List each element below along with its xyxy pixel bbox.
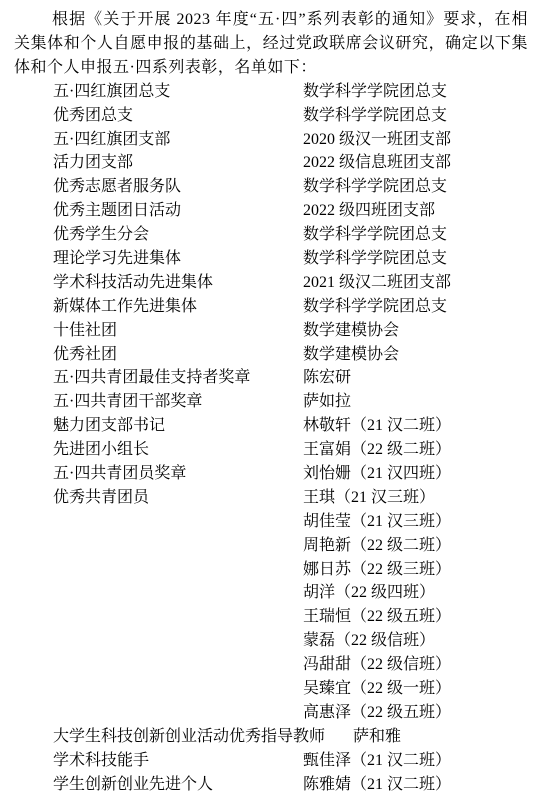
award-row: 学术科技活动先进集体 2021 级汉二班团支部 bbox=[14, 271, 528, 295]
award-row: 十佳社团 数学建模协会 bbox=[14, 319, 528, 343]
recipient-name: 数学科学学院团总支 bbox=[303, 80, 447, 104]
recipient-name: 王富娟（22 级二班） bbox=[303, 438, 451, 462]
award-row: 五·四共青团干部奖章 萨如拉 bbox=[14, 390, 528, 414]
award-title: 活力团支部 bbox=[53, 151, 303, 175]
award-title: 优秀主题团日活动 bbox=[53, 199, 303, 223]
award-title: 优秀团总支 bbox=[53, 104, 303, 128]
award-title: 五·四共青团干部奖章 bbox=[53, 390, 303, 414]
recipient-name: 2021 级汉二班团支部 bbox=[303, 271, 451, 295]
recipient-name: 陈宏研 bbox=[303, 366, 351, 390]
award-row: 五·四红旗团总支 数学科学学院团总支 bbox=[14, 80, 528, 104]
award-row: 优秀团总支 数学科学学院团总支 bbox=[14, 104, 528, 128]
award-row: 优秀学生分会 数学科学学院团总支 bbox=[14, 223, 528, 247]
recipient-name: 高惠泽（22 级五班） bbox=[303, 701, 451, 725]
award-title: 优秀学生分会 bbox=[53, 223, 303, 247]
recipient-name: 数学建模协会 bbox=[303, 319, 399, 343]
award-title: 优秀共青团员 bbox=[53, 486, 303, 510]
award-row: 优秀社团 数学建模协会 bbox=[14, 343, 528, 367]
recipient-name: 数学科学学院团总支 bbox=[303, 295, 447, 319]
award-row: 胡佳莹（21 汉三班） bbox=[14, 510, 528, 534]
recipient-name: 数学科学学院团总支 bbox=[303, 175, 447, 199]
award-title: 五·四共青团最佳支持者奖章 bbox=[53, 366, 303, 390]
recipient-name: 陈雅婧（21 汉二班） bbox=[303, 773, 451, 797]
award-row: 五·四红旗团支部 2020 级汉一班团支部 bbox=[14, 128, 528, 152]
recipient-name: 刘怡姗（21 汉四班） bbox=[303, 462, 451, 486]
recipient-name: 娜日苏（22 级三班） bbox=[303, 558, 451, 582]
award-title: 五·四共青团员奖章 bbox=[53, 462, 303, 486]
recipient-name: 数学建模协会 bbox=[303, 343, 399, 367]
recipient-name: 胡洋（22 级四班） bbox=[303, 581, 435, 605]
recipient-name: 周艳新（22 级二班） bbox=[303, 534, 451, 558]
recipient-name: 萨和雅 bbox=[353, 725, 401, 749]
award-row: 娜日苏（22 级三班） bbox=[14, 558, 528, 582]
award-title: 五·四红旗团总支 bbox=[53, 80, 303, 104]
recipient-name: 王瑞恒（22 级五班） bbox=[303, 605, 451, 629]
award-row: 优秀主题团日活动 2022 级四班团支部 bbox=[14, 199, 528, 223]
award-title: 学生创新创业先进个人 bbox=[53, 773, 303, 797]
recipient-name: 甄佳泽（21 汉二班） bbox=[303, 749, 451, 773]
award-row: 活力团支部 2022 级信息班团支部 bbox=[14, 151, 528, 175]
award-title: 新媒体工作先进集体 bbox=[53, 295, 303, 319]
award-row: 学术科技能手 甄佳泽（21 汉二班） bbox=[14, 749, 528, 773]
intro-paragraph: 根据《关于开展 2023 年度“五·四”系列表彰的通知》要求，在相关集体和个人自… bbox=[14, 8, 528, 80]
award-title: 大学生科技创新创业活动优秀指导教师 bbox=[53, 725, 325, 749]
award-row: 胡洋（22 级四班） bbox=[14, 581, 528, 605]
award-row: 五·四共青团员奖章 刘怡姗（21 汉四班） bbox=[14, 462, 528, 486]
award-row: 蒙磊（22 级信班） bbox=[14, 629, 528, 653]
award-list: 五·四红旗团总支 数学科学学院团总支 优秀团总支 数学科学学院团总支 五·四红旗… bbox=[14, 80, 528, 797]
award-title: 十佳社团 bbox=[53, 319, 303, 343]
award-title: 优秀社团 bbox=[53, 343, 303, 367]
award-title: 学术科技能手 bbox=[53, 749, 303, 773]
recipient-name: 冯甜甜（22 级信班） bbox=[303, 653, 451, 677]
award-row: 学生创新创业先进个人 陈雅婧（21 汉二班） bbox=[14, 773, 528, 797]
award-row: 周艳新（22 级二班） bbox=[14, 534, 528, 558]
award-title: 五·四红旗团支部 bbox=[53, 128, 303, 152]
award-row: 冯甜甜（22 级信班） bbox=[14, 653, 528, 677]
recipient-name: 数学科学学院团总支 bbox=[303, 104, 447, 128]
award-title: 魅力团支部书记 bbox=[53, 414, 303, 438]
recipient-name: 数学科学学院团总支 bbox=[303, 223, 447, 247]
award-title: 学术科技活动先进集体 bbox=[53, 271, 303, 295]
award-row: 大学生科技创新创业活动优秀指导教师 萨和雅 bbox=[14, 725, 528, 749]
award-row: 吴臻宜（22 级一班） bbox=[14, 677, 528, 701]
recipient-name: 数学科学学院团总支 bbox=[303, 247, 447, 271]
award-row: 理论学习先进集体 数学科学学院团总支 bbox=[14, 247, 528, 271]
document-page: 根据《关于开展 2023 年度“五·四”系列表彰的通知》要求，在相关集体和个人自… bbox=[0, 0, 540, 805]
award-title: 优秀志愿者服务队 bbox=[53, 175, 303, 199]
recipient-name: 2022 级四班团支部 bbox=[303, 199, 435, 223]
recipient-name: 2022 级信息班团支部 bbox=[303, 151, 451, 175]
recipient-name: 王琪（21 汉三班） bbox=[303, 486, 435, 510]
recipient-name: 萨如拉 bbox=[303, 390, 351, 414]
award-row: 王瑞恒（22 级五班） bbox=[14, 605, 528, 629]
award-row: 五·四共青团最佳支持者奖章 陈宏研 bbox=[14, 366, 528, 390]
award-title: 先进团小组长 bbox=[53, 438, 303, 462]
award-row: 优秀志愿者服务队 数学科学学院团总支 bbox=[14, 175, 528, 199]
recipient-name: 林敬轩（21 汉二班） bbox=[303, 414, 451, 438]
award-title: 理论学习先进集体 bbox=[53, 247, 303, 271]
award-row: 先进团小组长 王富娟（22 级二班） bbox=[14, 438, 528, 462]
award-row: 新媒体工作先进集体 数学科学学院团总支 bbox=[14, 295, 528, 319]
award-row: 魅力团支部书记 林敬轩（21 汉二班） bbox=[14, 414, 528, 438]
recipient-name: 吴臻宜（22 级一班） bbox=[303, 677, 451, 701]
award-row: 高惠泽（22 级五班） bbox=[14, 701, 528, 725]
award-row: 优秀共青团员 王琪（21 汉三班） bbox=[14, 486, 528, 510]
recipient-name: 2020 级汉一班团支部 bbox=[303, 128, 451, 152]
recipient-name: 胡佳莹（21 汉三班） bbox=[303, 510, 451, 534]
recipient-name: 蒙磊（22 级信班） bbox=[303, 629, 435, 653]
